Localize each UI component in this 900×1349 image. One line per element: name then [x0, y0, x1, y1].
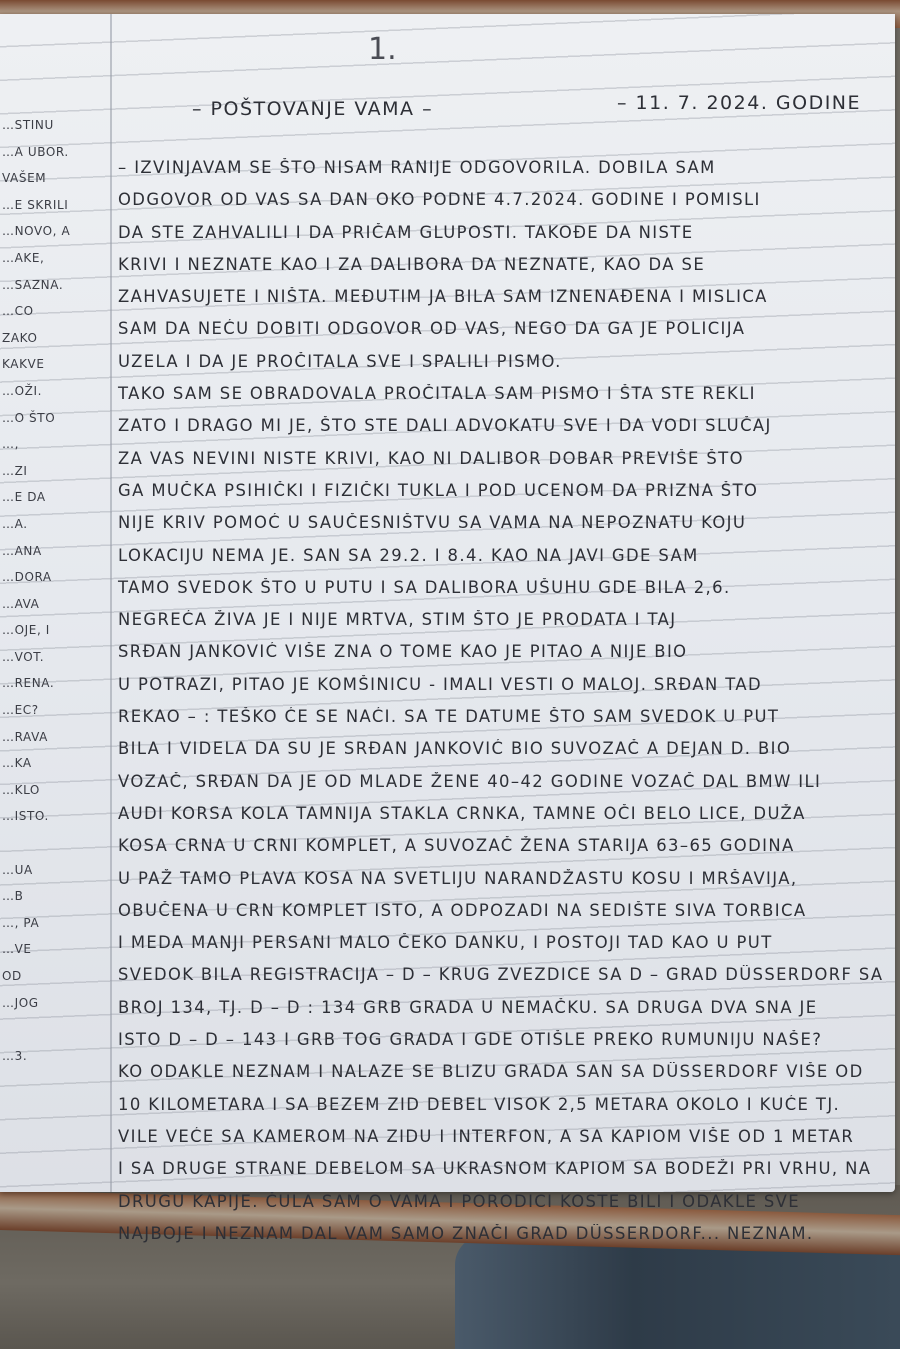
letter-line: VILE VEĆE SA KAMEROM NA ZIDU I INTERFON,… — [118, 1121, 883, 1153]
letter-line: – IZVINJAVAM SE ŠTO NISAM RANIJE ODGOVOR… — [118, 152, 883, 184]
margin-fold-line — [110, 14, 112, 1192]
letter-line: U POTRAZI, PITAO JE KOMŠINICU - IMALI VE… — [118, 669, 883, 701]
letter-line: SRĐAN JANKOVIĆ VIŠE ZNA O TOME KAO JE PI… — [118, 636, 883, 668]
margin-fragment: …CO — [2, 298, 108, 325]
letter-line: U PAŽ TAMO PLAVA KOSA NA SVETLIJU NARAND… — [118, 863, 883, 895]
letter-line: DA STE ZAHVALILI I DA PRIČAM GLUPOSTI. T… — [118, 217, 883, 249]
letter-line: AUDI KORSA KOLA TAMNIJA STAKLA CRNKA, TA… — [118, 798, 883, 830]
margin-fragment — [2, 830, 108, 857]
margin-fragment: …ISTO. — [2, 803, 108, 830]
letter-line: NAJBOJE I NEZNAM DAL VAM SAMO ZNAČI GRAD… — [118, 1218, 883, 1250]
margin-fragment: …VE — [2, 936, 108, 963]
margin-fragment: …KA — [2, 750, 108, 777]
margin-fragment: VAŠEM — [2, 165, 108, 192]
margin-fragment: …UA — [2, 857, 108, 884]
letter-line: ODGOVOR OD VAS SA DAN OKO PODNE 4.7.2024… — [118, 184, 883, 216]
margin-fragment: …, PA — [2, 910, 108, 937]
margin-fragment: …AKE, — [2, 245, 108, 272]
letter-line: ZAHVASUJETE I NIŠTA. MEĐUTIM JA BILA SAM… — [118, 281, 883, 313]
salutation: – POŠTOVANJE VAMA – — [192, 98, 433, 120]
letter-line: TAMO SVEDOK ŠTO U PUTU I SA DALIBORA UŠU… — [118, 572, 883, 604]
left-margin-fragments: …STINU…A UBOR.VAŠEM…E SKRILI…NOVO, A…AKE… — [2, 112, 108, 1069]
margin-fragment: …OJE, I — [2, 617, 108, 644]
margin-fragment: …SAZNA. — [2, 272, 108, 299]
margin-fragment: …KLO — [2, 777, 108, 804]
letter-line: DRUGU KAPIJE. ČULA SAM O VAMA I PORODICI… — [118, 1186, 883, 1218]
margin-fragment: ZAKO — [2, 325, 108, 352]
letter-line: VOZAČ, SRĐAN DA JE OD MLADE ŽENE 40–42 G… — [118, 766, 883, 798]
letter-line: I SA DRUGE STRANE DEBELOM SA UKRASNOM KA… — [118, 1153, 883, 1185]
letter-line: I MEDA MANJI PERSANI MALO ČEKO DANKU, I … — [118, 927, 883, 959]
letter-line: OBUČENA U CRN KOMPLET ISTO, A ODPOZADI N… — [118, 895, 883, 927]
margin-fragment: …, — [2, 431, 108, 458]
letter-line: LOKACIJU NEMA JE. SAN SA 29.2. I 8.4. KA… — [118, 540, 883, 572]
letter-line: GA MUČKA PSIHIČKI I FIZIČKI TUKLA I POD … — [118, 475, 883, 507]
letter-line: BILA I VIDELA DA SU JE SRĐAN JANKOVIĆ BI… — [118, 733, 883, 765]
letter-line: ZA VAS NEVINI NISTE KRIVI, KAO NI DALIBO… — [118, 443, 883, 475]
letter-line: BROJ 134, TJ. D – D : 134 GRB GRADA U NE… — [118, 992, 883, 1024]
letter-line: NEGREĆA ŽIVA JE I NIJE MRTVA, STIM ŠTO J… — [118, 604, 883, 636]
letter-body: – IZVINJAVAM SE ŠTO NISAM RANIJE ODGOVOR… — [118, 152, 888, 1250]
letter-line: ISTO D – D – 143 I GRB TOG GRADA I GDE O… — [118, 1024, 883, 1056]
letter-line: ZATO I DRAGO MI JE, ŠTO STE DALI ADVOKAT… — [118, 410, 883, 442]
margin-fragment: …NOVO, A — [2, 218, 108, 245]
margin-fragment: …A UBOR. — [2, 139, 108, 166]
margin-fragment: …A. — [2, 511, 108, 538]
margin-fragment: …O ŠTO — [2, 405, 108, 432]
margin-fragment: OD — [2, 963, 108, 990]
margin-fragment: …3. — [2, 1043, 108, 1070]
page-number: 1. — [368, 32, 397, 67]
letter-line: KO ODAKLE NEZNAM I NALAZE SE BLIZU GRADA… — [118, 1056, 883, 1088]
letter-line: NIJE KRIV POMOĆ U SAUČESNIŠTVU SA VAMA N… — [118, 507, 883, 539]
margin-fragment: …RAVA — [2, 724, 108, 751]
letter-line: TAKO SAM SE OBRADOVALA PROČITALA SAM PIS… — [118, 378, 883, 410]
margin-fragment: …JOG — [2, 990, 108, 1017]
margin-fragment: …STINU — [2, 112, 108, 139]
letter-line: 10 KILOMETARA I SA BEZEM ZID DEBEL VISOK… — [118, 1089, 883, 1121]
margin-fragment: …E SKRILI — [2, 192, 108, 219]
letter-line: UZELA I DA JE PROČITALA SVE I SPALILI PI… — [118, 346, 883, 378]
margin-fragment: …RENA. — [2, 670, 108, 697]
letter-line: KRIVI I NEZNATE KAO I ZA DALIBORA DA NEZ… — [118, 249, 883, 281]
margin-fragment: …ANA — [2, 538, 108, 565]
margin-fragment: …B — [2, 883, 108, 910]
margin-fragment: …OŽI. — [2, 378, 108, 405]
margin-fragment — [2, 1016, 108, 1043]
letter-line: REKAO – : TEŠKO ĆE SE NAĆI. SA TE DATUME… — [118, 701, 883, 733]
margin-fragment: KAKVE — [2, 351, 108, 378]
margin-fragment: …DORA — [2, 564, 108, 591]
margin-fragment: …AVA — [2, 591, 108, 618]
letter-date: – 11. 7. 2024. GODINE — [617, 92, 861, 114]
letter-line: KOSA CRNA U CRNI KOMPLET, A SUVOZAČ ŽENA… — [118, 830, 883, 862]
letter-line: SAM DA NEĆU DOBITI ODGOVOR OD VAS, NEGO … — [118, 313, 883, 345]
margin-fragment: …E DA — [2, 484, 108, 511]
margin-fragment: …VOT. — [2, 644, 108, 671]
margin-fragment: …EC? — [2, 697, 108, 724]
margin-fragment: …ZI — [2, 458, 108, 485]
letter-line: SVEDOK BILA REGISTRACIJA – D – KRUG ZVEZ… — [118, 959, 880, 991]
